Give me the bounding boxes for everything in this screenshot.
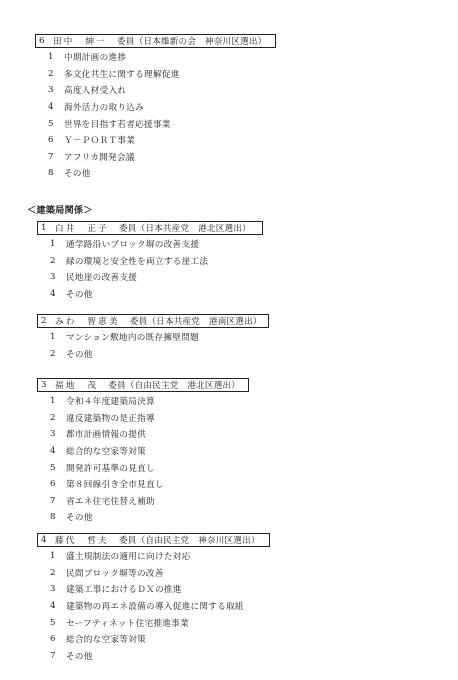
list-item: 6第８回線引き全市見直し [50,476,164,493]
member-number: 1 [41,223,55,233]
item-text: その他 [66,511,93,523]
member-header-fukuchi: 3 福地 茂 委員（自由民主党 港北区選出） [37,378,249,392]
question-list-tanaka: 1中期計画の進捗 2多文化共生に関する理解促進 3高度人材受入れ 4海外活力の取… [48,49,180,182]
question-list-fujishiro: 1盛土規制法の適用に向けた対応 2民間ブロック塀等の改善 3建築工事におけるＤＸ… [50,548,244,664]
item-text: アフリカ開発会議 [64,151,135,163]
item-number: 5 [50,618,66,628]
list-item: 8その他 [50,509,164,526]
list-item: 7その他 [50,648,244,665]
item-number: 4 [50,601,66,611]
list-item: 7省エネ住宅住替え補助 [50,493,164,510]
item-text: 高度人材受入れ [64,84,126,96]
member-header-miwa: 2 みわ 智恵美 委員（日本共産党 港南区選出） [37,314,269,328]
item-number: 1 [50,551,66,561]
item-text: 令和４年度建築局決算 [66,395,155,407]
member-header-fujishiro: 4 藤代 哲夫 委員（自由民主党 神奈川区選出） [37,533,270,547]
item-text: 総合的な空家等対策 [66,633,146,645]
item-text: 緑の環境と安全性を両立する崖工法 [66,255,208,267]
item-number: 6 [48,135,64,145]
item-number: 4 [50,289,66,299]
list-item: 3都市計画情報の提供 [50,426,164,443]
item-text: 海外活力の取り込み [64,101,144,113]
item-number: 1 [48,52,64,62]
item-text: 省エネ住宅住替え補助 [66,495,155,507]
member-role: 委員（自由民主党 港北区選出） [108,379,240,391]
item-number: 2 [50,349,66,359]
list-item: 1通学路沿いブロック塀の改善支援 [50,236,208,253]
item-number: 5 [48,119,64,129]
item-text: 中期計画の進捗 [64,51,126,63]
item-number: 5 [50,463,66,473]
item-number: 8 [50,512,66,522]
list-item: 4建築物の再エネ設備の導入促進に関する取組 [50,598,244,615]
item-number: 3 [50,584,66,594]
list-item: 2多文化共生に関する理解促進 [48,66,180,83]
item-text: その他 [66,288,93,300]
item-number: 2 [50,413,66,423]
item-number: 2 [48,69,64,79]
item-number: 4 [48,102,64,112]
list-item: 1盛土規制法の適用に向けた対応 [50,548,244,565]
item-number: 6 [50,634,66,644]
item-text: 民地崖の改善支援 [66,271,137,283]
item-text: 盛土規制法の適用に向けた対応 [66,550,191,562]
member-number: 3 [41,380,55,390]
list-item: 2違反建築物の是正指導 [50,410,164,427]
item-number: 6 [50,479,66,489]
list-item: 2緑の環境と安全性を両立する崖工法 [50,253,208,270]
item-number: 7 [50,496,66,506]
member-number: 6 [39,36,53,46]
item-text: 第８回線引き全市見直し [66,478,164,490]
list-item: 1中期計画の進捗 [48,49,180,66]
item-number: 8 [48,168,64,178]
member-role: 委員（日本共産党 港北区選出） [119,222,251,234]
item-text: その他 [64,167,91,179]
list-item: 2その他 [50,346,199,363]
member-header-tanaka: 6 田中 紳一 委員（日本維新の会 神奈川区選出） [35,34,276,48]
member-name: 福地 茂 [55,379,98,391]
member-role: 委員（日本共産党 港南区選出） [130,315,262,327]
item-text: 通学路沿いブロック塀の改善支援 [66,238,199,250]
member-name: みわ 智恵美 [55,315,120,327]
list-item: 4総合的な空家等対策 [50,443,164,460]
item-number: 1 [50,239,66,249]
list-item: 5開発許可基準の見直し [50,459,164,476]
item-number: 1 [50,332,66,342]
list-item: 3民地崖の改善支援 [50,269,208,286]
list-item: 3高度人材受入れ [48,82,180,99]
item-text: 違反建築物の是正指導 [66,412,155,424]
item-text: 総合的な空家等対策 [66,445,146,457]
list-item: 3建築工事におけるＤＸの推進 [50,581,244,598]
list-item: 5世界を目指す若者応援事業 [48,115,180,132]
item-text: 開発許可基準の見直し [66,462,155,474]
item-number: 3 [50,429,66,439]
member-name: 田中 紳一 [53,35,107,47]
item-text: 世界を目指す若者応援事業 [64,118,171,130]
list-item: 4海外活力の取り込み [48,99,180,116]
member-header-shirai: 1 白井 正子 委員（日本共産党 港北区選出） [37,221,263,235]
member-number: 4 [41,535,55,545]
list-item: 7アフリカ開発会議 [48,149,180,166]
item-number: 1 [50,396,66,406]
list-item: 2民間ブロック塀等の改善 [50,565,244,582]
question-list-fukuchi: 1令和４年度建築局決算 2違反建築物の是正指導 3都市計画情報の提供 4総合的な… [50,393,164,526]
item-text: セーフティネット住宅推進事業 [66,617,189,629]
question-list-shirai: 1通学路沿いブロック塀の改善支援 2緑の環境と安全性を両立する崖工法 3民地崖の… [50,236,208,302]
list-item: 1マンション敷地内の既存擁壁問題 [50,329,199,346]
member-name: 藤代 哲夫 [55,534,109,546]
item-number: 4 [50,446,66,456]
list-item: 6Ｙ－ＰＯＲＴ事業 [48,132,180,149]
list-item: 1令和４年度建築局決算 [50,393,164,410]
item-number: 2 [50,568,66,578]
list-item: 6総合的な空家等対策 [50,631,244,648]
item-number: 7 [50,651,66,661]
item-number: 3 [50,272,66,282]
member-number: 2 [41,316,55,326]
question-list-miwa: 1マンション敷地内の既存擁壁問題 2その他 [50,329,199,362]
item-text: 民間ブロック塀等の改善 [66,567,164,579]
list-item: 5セーフティネット住宅推進事業 [50,614,244,631]
list-item: 4その他 [50,286,208,303]
item-number: 3 [48,85,64,95]
item-text: 建築物の再エネ設備の導入促進に関する取組 [66,600,244,612]
member-role: 委員（自由民主党 神奈川区選出） [119,534,260,546]
section-heading-kenchikukyoku: ＜建築局関係＞ [27,202,93,216]
item-number: 2 [50,256,66,266]
member-role: 委員（日本維新の会 神奈川区選出） [117,35,267,47]
member-name: 白井 正子 [55,222,109,234]
item-text: 都市計画情報の提供 [66,428,146,440]
list-item: 8その他 [48,165,180,182]
item-text: その他 [66,348,93,360]
item-number: 7 [48,152,64,162]
item-text: 建築工事におけるＤＸの推進 [66,583,182,595]
item-text: 多文化共生に関する理解促進 [64,68,180,80]
item-text: その他 [66,650,93,662]
item-text: Ｙ－ＰＯＲＴ事業 [64,134,135,146]
item-text: マンション敷地内の既存擁壁問題 [66,331,199,343]
